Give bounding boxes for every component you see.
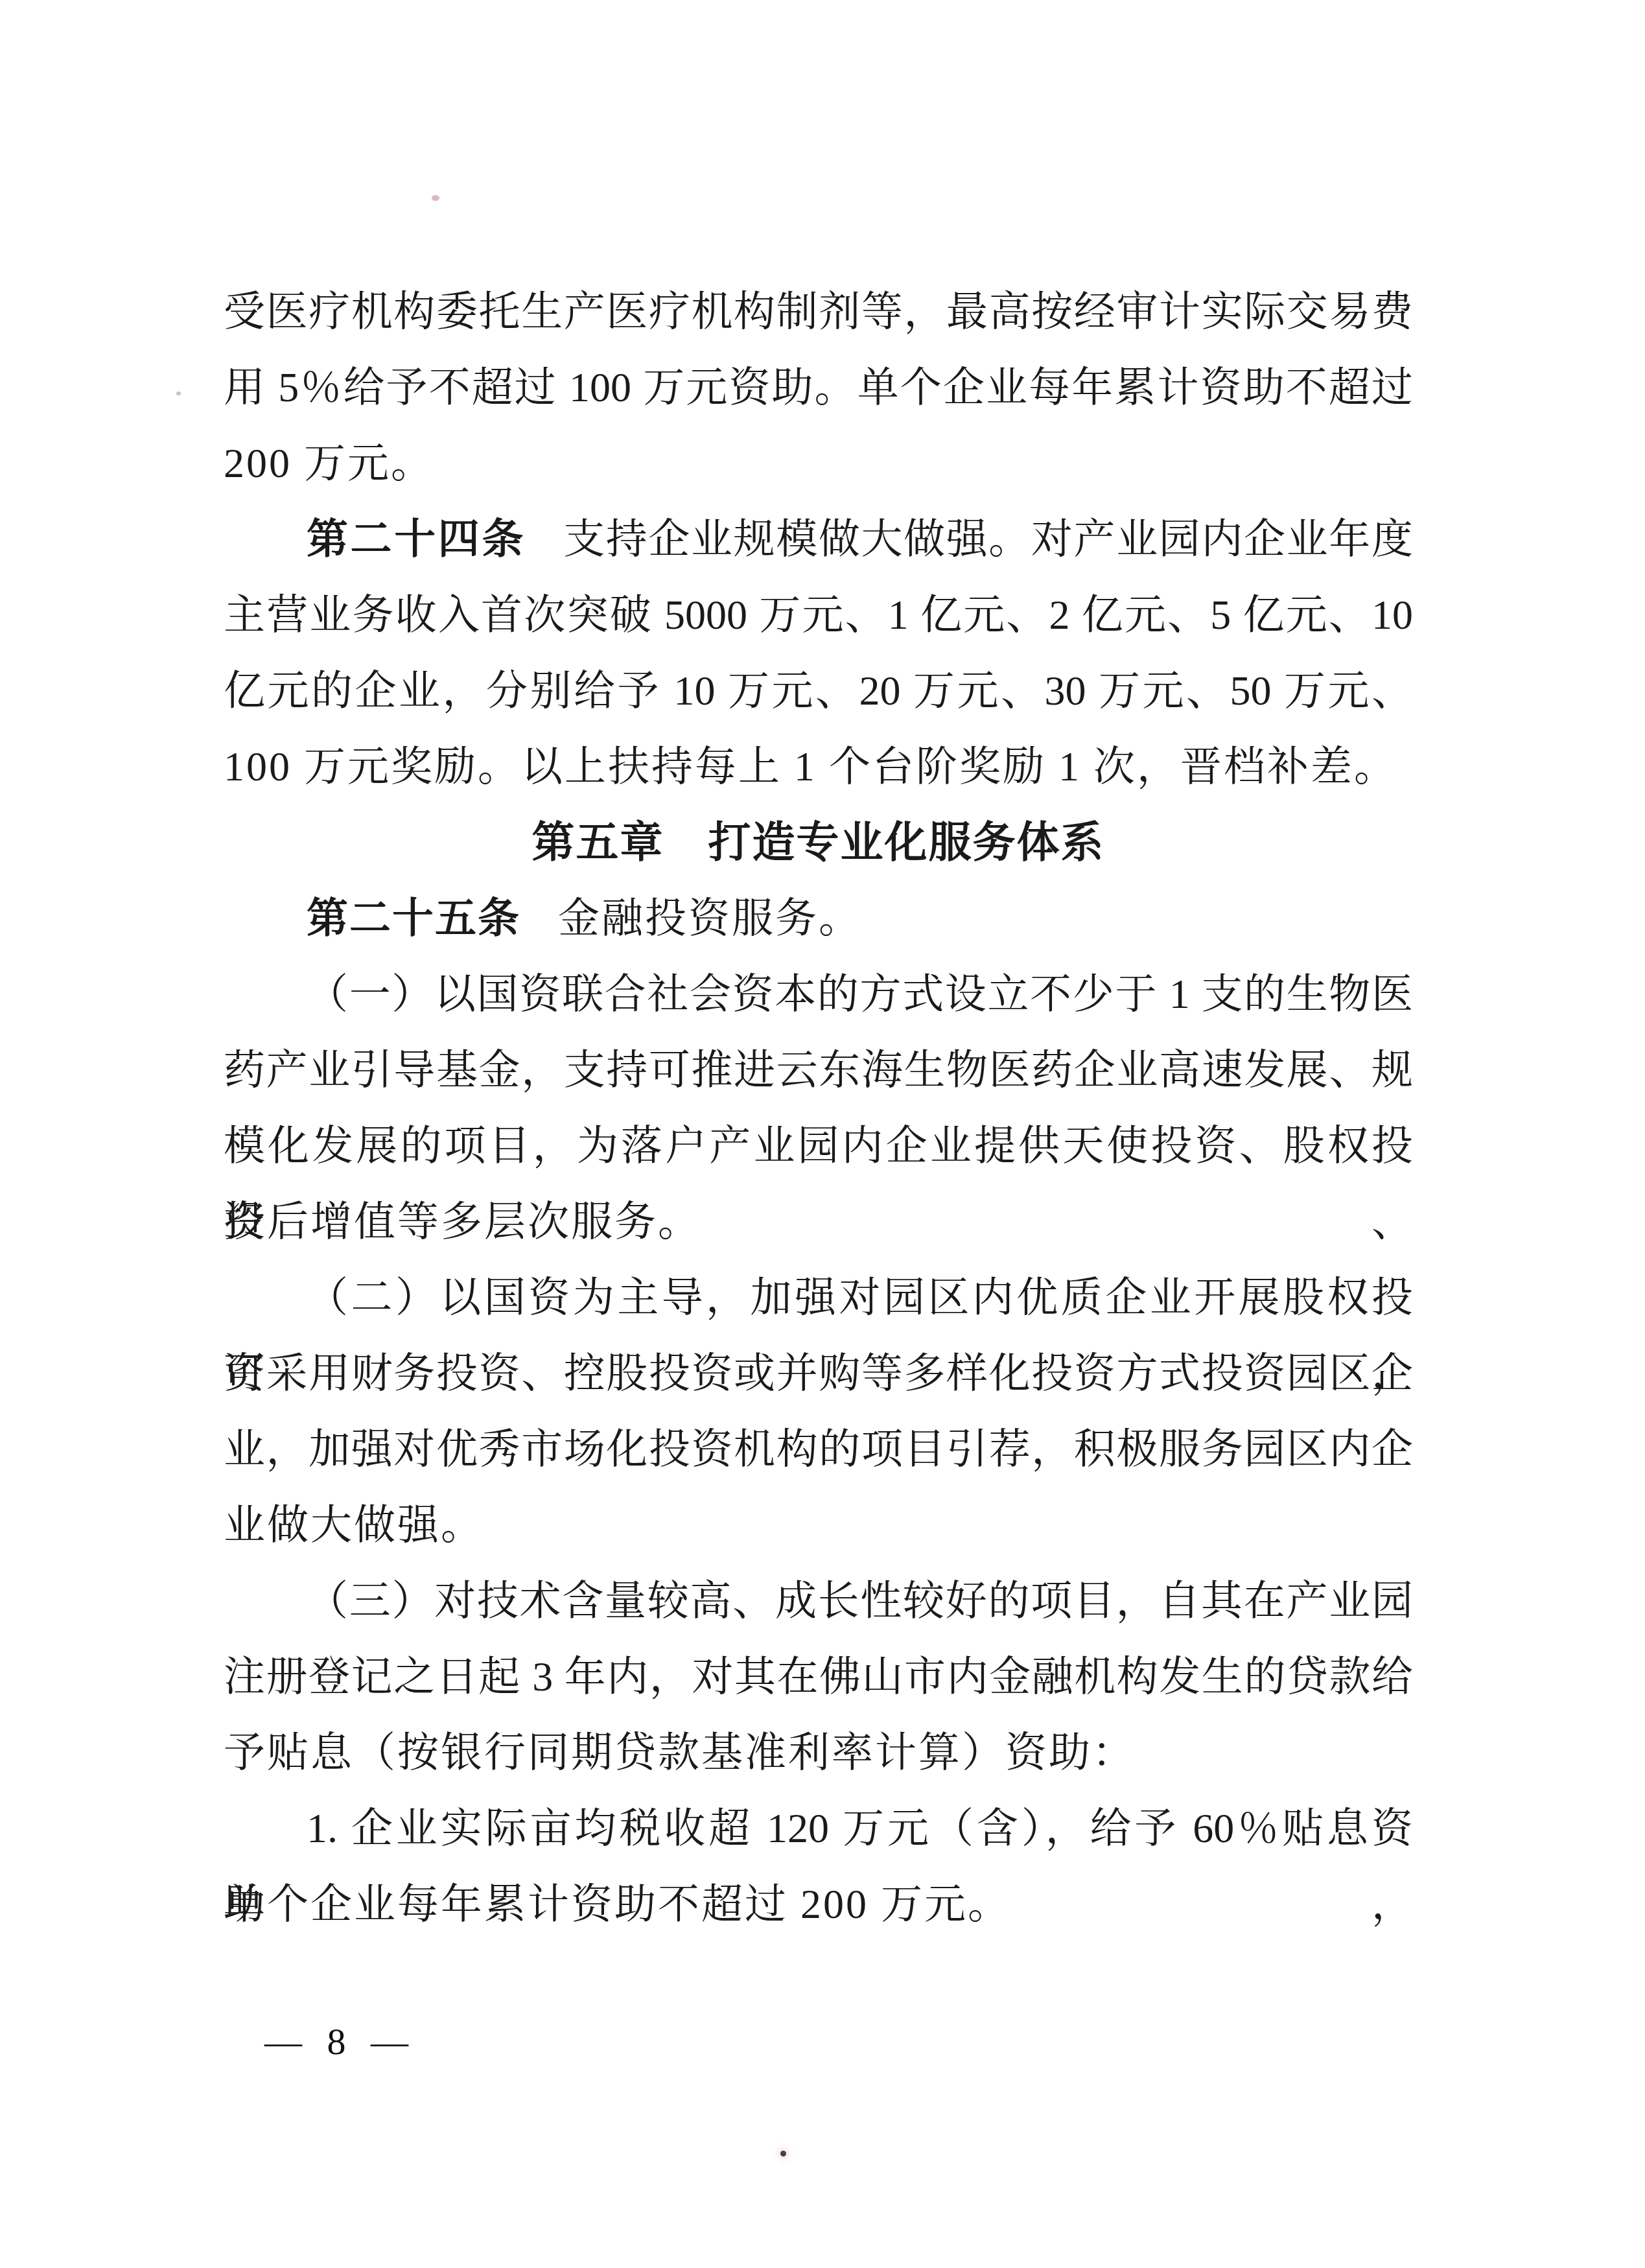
line-item3-2: 注册登记之日起 3 年内，对其在佛山市内金融机构发生的贷款给 [224,1639,1413,1714]
scan-speck [780,2151,786,2157]
document-page: 受医疗机构委托生产医疗机构制剂等，最高按经审计实际交易费 用 5％给予不超过 1… [0,0,1645,2268]
page-number: — 8 — [264,2016,416,2068]
scan-speck [432,195,439,201]
line-item2-1: （二）以国资为主导，加强对园区内优质企业开展股权投资， [224,1259,1413,1335]
chapter-heading: 第五章 打造专业化服务体系 [224,804,1413,880]
line-article24-1: 第二十四条支持企业规模做大做强。对产业园内企业年度 [224,501,1413,577]
line-article24-4: 100 万元奖励。以上扶持每上 1 个台阶奖励 1 次，晋档补差。 [224,729,1413,804]
line-item1-3: 模化发展的项目，为落户产业园内企业提供天使投资、股权投资、 [224,1108,1413,1184]
line-item3-1: （三）对技术含量较高、成长性较好的项目，自其在产业园 [224,1563,1413,1639]
article24-number: 第二十四条 [307,515,526,562]
line-carryover-2: 用 5％给予不超过 100 万元资助。单个企业每年累计资助不超过 [224,349,1413,425]
line-item2-2: 可采用财务投资、控股投资或并购等多样化投资方式投资园区企 [224,1335,1413,1411]
scan-speck [176,392,181,395]
line-carryover-1: 受医疗机构委托生产医疗机构制剂等，最高按经审计实际交易费 [224,274,1413,349]
document-body: 受医疗机构委托生产医疗机构制剂等，最高按经审计实际交易费 用 5％给予不超过 1… [224,274,1413,1942]
article25-text: 金融投资服务。 [558,895,862,941]
article24-text: 支持企业规模做大做强。对产业园内企业年度 [563,516,1413,562]
line-item3-3: 予贴息（按银行同期贷款基准利率计算）资助： [224,1714,1413,1790]
line-article25-1: 第二十五条金融投资服务。 [224,880,1413,956]
line-item2-3: 业，加强对优秀市场化投资机构的项目引荐，积极服务园区内企 [224,1411,1413,1487]
line-sub1-1: 1. 企业实际亩均税收超 120 万元（含），给予 60％贴息资助， [224,1790,1413,1866]
line-item1-2: 药产业引导基金，支持可推进云东海生物医药企业高速发展、规 [224,1032,1413,1108]
line-item1-1: （一）以国资联合社会资本的方式设立不少于 1 支的生物医 [224,956,1413,1032]
line-article24-3: 亿元的企业，分别给予 10 万元、20 万元、30 万元、50 万元、 [224,653,1413,729]
line-article24-2: 主营业务收入首次突破 5000 万元、1 亿元、2 亿元、5 亿元、10 [224,577,1413,653]
article25-number: 第二十五条 [307,894,520,941]
line-carryover-3: 200 万元。 [224,425,1413,501]
line-item2-4: 业做大做强。 [224,1487,1413,1563]
